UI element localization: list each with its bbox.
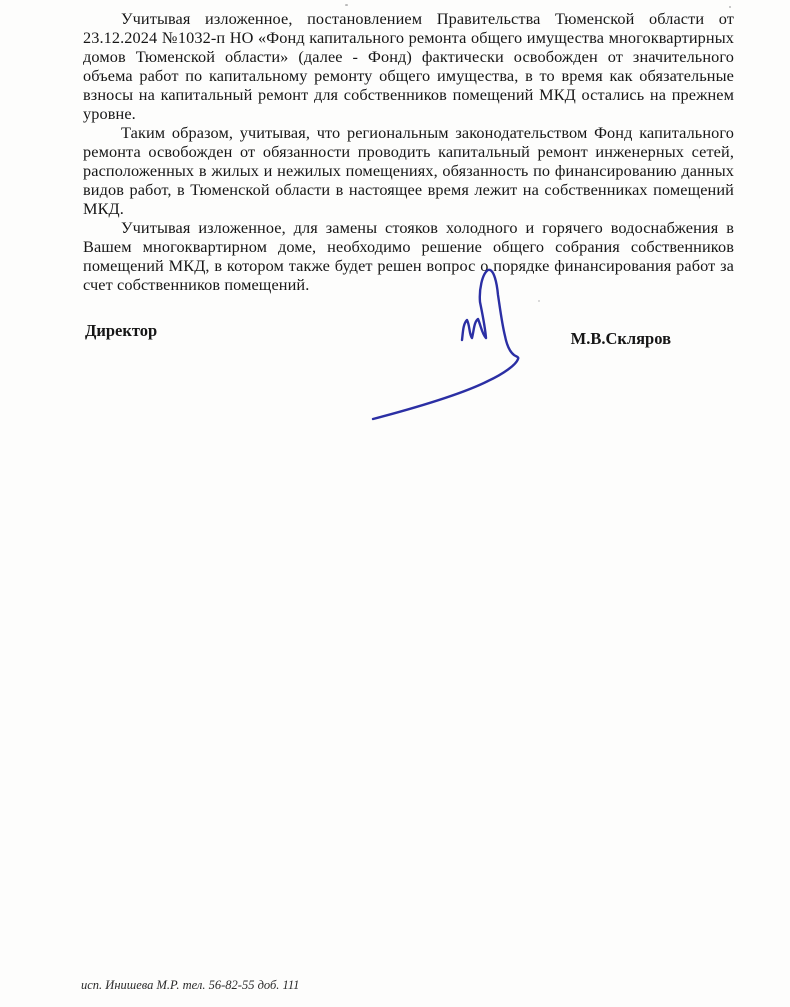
document-page: Учитывая изложенное, постановлением Прав… bbox=[0, 0, 790, 1007]
scan-speck bbox=[538, 300, 540, 302]
paragraph-2: Таким образом, учитывая, что региональны… bbox=[83, 123, 734, 218]
signature-stroke bbox=[373, 270, 518, 419]
paragraph-1: Учитывая изложенное, постановлением Прав… bbox=[83, 9, 734, 123]
handwritten-signature bbox=[360, 252, 535, 427]
scan-speck bbox=[729, 6, 731, 8]
signer-position: Директор bbox=[85, 321, 157, 341]
executor-note: исп. Инишева М.Р. тел. 56-82-55 доб. 111 bbox=[81, 978, 299, 993]
signer-name: М.В.Скляров bbox=[571, 329, 671, 349]
scan-speck bbox=[345, 4, 348, 6]
